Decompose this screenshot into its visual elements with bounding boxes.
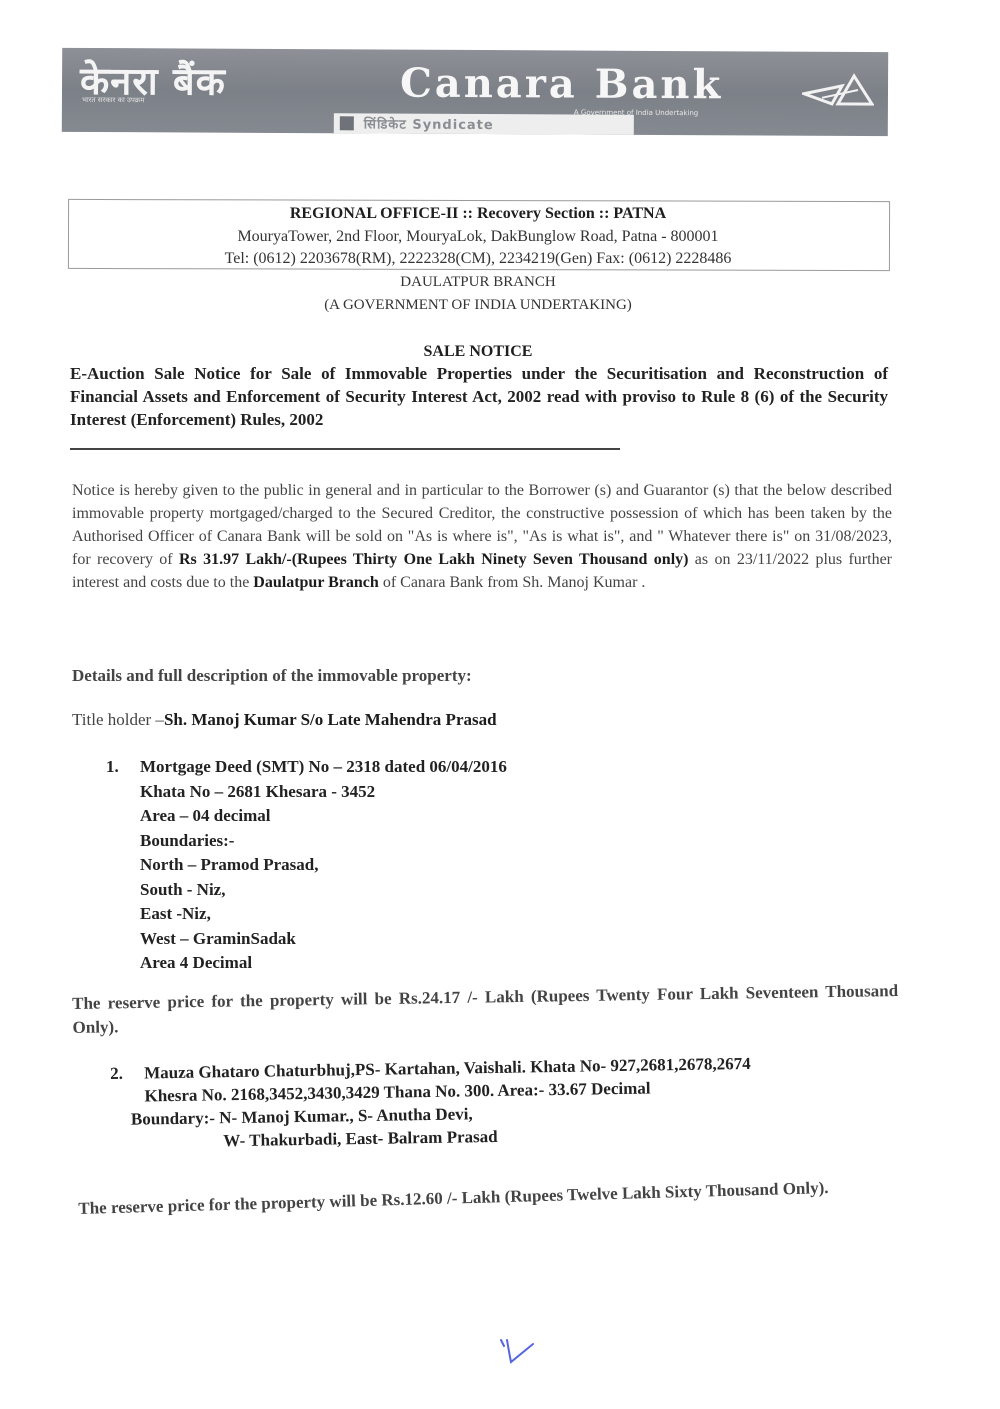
property-line: Khata No – 2681 Khesara - 3452	[106, 780, 507, 805]
property-line: Area 4 Decimal	[106, 951, 507, 976]
syndicate-logo: सिंडिकेट Syndicate	[334, 113, 634, 135]
notice-subject: E-Auction Sale Notice for Sale of Immova…	[70, 362, 888, 431]
government-undertaking: (A GOVERNMENT OF INDIA UNDERTAKING)	[68, 297, 888, 314]
details-heading: Details and full description of the immo…	[72, 664, 892, 687]
syndicate-label: सिंडिकेट Syndicate	[364, 114, 494, 133]
notice-heading: SALE NOTICE	[68, 343, 888, 361]
property-2: 2.Mauza Ghataro Chaturbhuj,PS- Kartahan,…	[110, 1052, 752, 1154]
bank-header-banner: केनरा बैंक भारत सरकार का उपक्रम Canara B…	[62, 48, 888, 136]
property-line: Mortgage Deed (SMT) No – 2318 dated 06/0…	[140, 757, 507, 776]
property-line: Area – 04 decimal	[106, 804, 507, 829]
office-address: MouryaTower, 2nd Floor, MouryaLok, DakBu…	[68, 228, 888, 246]
property-1: 1.Mortgage Deed (SMT) No – 2318 dated 06…	[106, 755, 507, 976]
reserve-price-1: The reserve price for the property will …	[72, 979, 899, 1040]
notice-body: Notice is hereby given to the public in …	[72, 479, 892, 594]
office-contact: Tel: (0612) 2203678(RM), 2222328(CM), 22…	[68, 250, 888, 268]
property-line: West – GraminSadak	[106, 927, 507, 952]
property-line: East -Niz,	[106, 902, 507, 927]
reserve-price-2: The reserve price for the property will …	[78, 1173, 908, 1222]
bank-tagline-hindi: भारत सरकार का उपक्रम	[82, 96, 145, 105]
property-line: Boundaries:-	[106, 829, 507, 854]
canara-logo-icon	[802, 72, 874, 108]
branch-name: DAULATPUR BRANCH	[68, 274, 888, 291]
property-line: South - Niz,	[106, 878, 507, 903]
title-holder: Title holder –Sh. Manoj Kumar S/o Late M…	[72, 708, 892, 731]
recovery-amount: Rs 31.97 Lakh/-(Rupees Thirty One Lakh N…	[179, 551, 688, 568]
signature-initials-icon	[495, 1332, 545, 1372]
syndicate-emblem-icon	[340, 116, 354, 130]
property-line: North – Pramod Prasad,	[106, 853, 507, 878]
branch-reference: Daulatpur Branch	[253, 574, 379, 591]
bank-name: Canara Bank	[400, 60, 723, 109]
office-title: REGIONAL OFFICE-II :: Recovery Section :…	[68, 205, 888, 223]
divider	[70, 448, 620, 450]
title-holder-name: Sh. Manoj Kumar S/o Late Mahendra Prasad	[164, 710, 497, 729]
